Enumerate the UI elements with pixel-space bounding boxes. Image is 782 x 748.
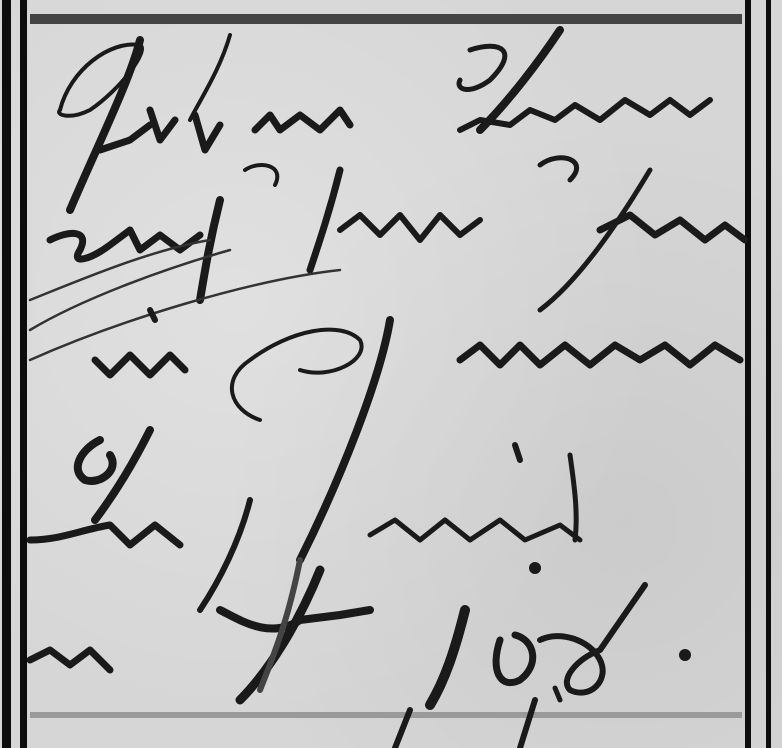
line4-text: deß ... und	[60, 490, 298, 541]
line2-text: zinß Lyüngstlan	[60, 200, 416, 251]
next-entry-strokes	[395, 688, 560, 748]
document-page: Andrew Lorenz zinß Lyüngstlan zu Geraud …	[0, 0, 782, 748]
line3-text: zu Geraud	[60, 330, 290, 381]
line1-text: Andrew Lorenz	[60, 70, 401, 121]
line5-text: no № 108.	[60, 620, 282, 671]
